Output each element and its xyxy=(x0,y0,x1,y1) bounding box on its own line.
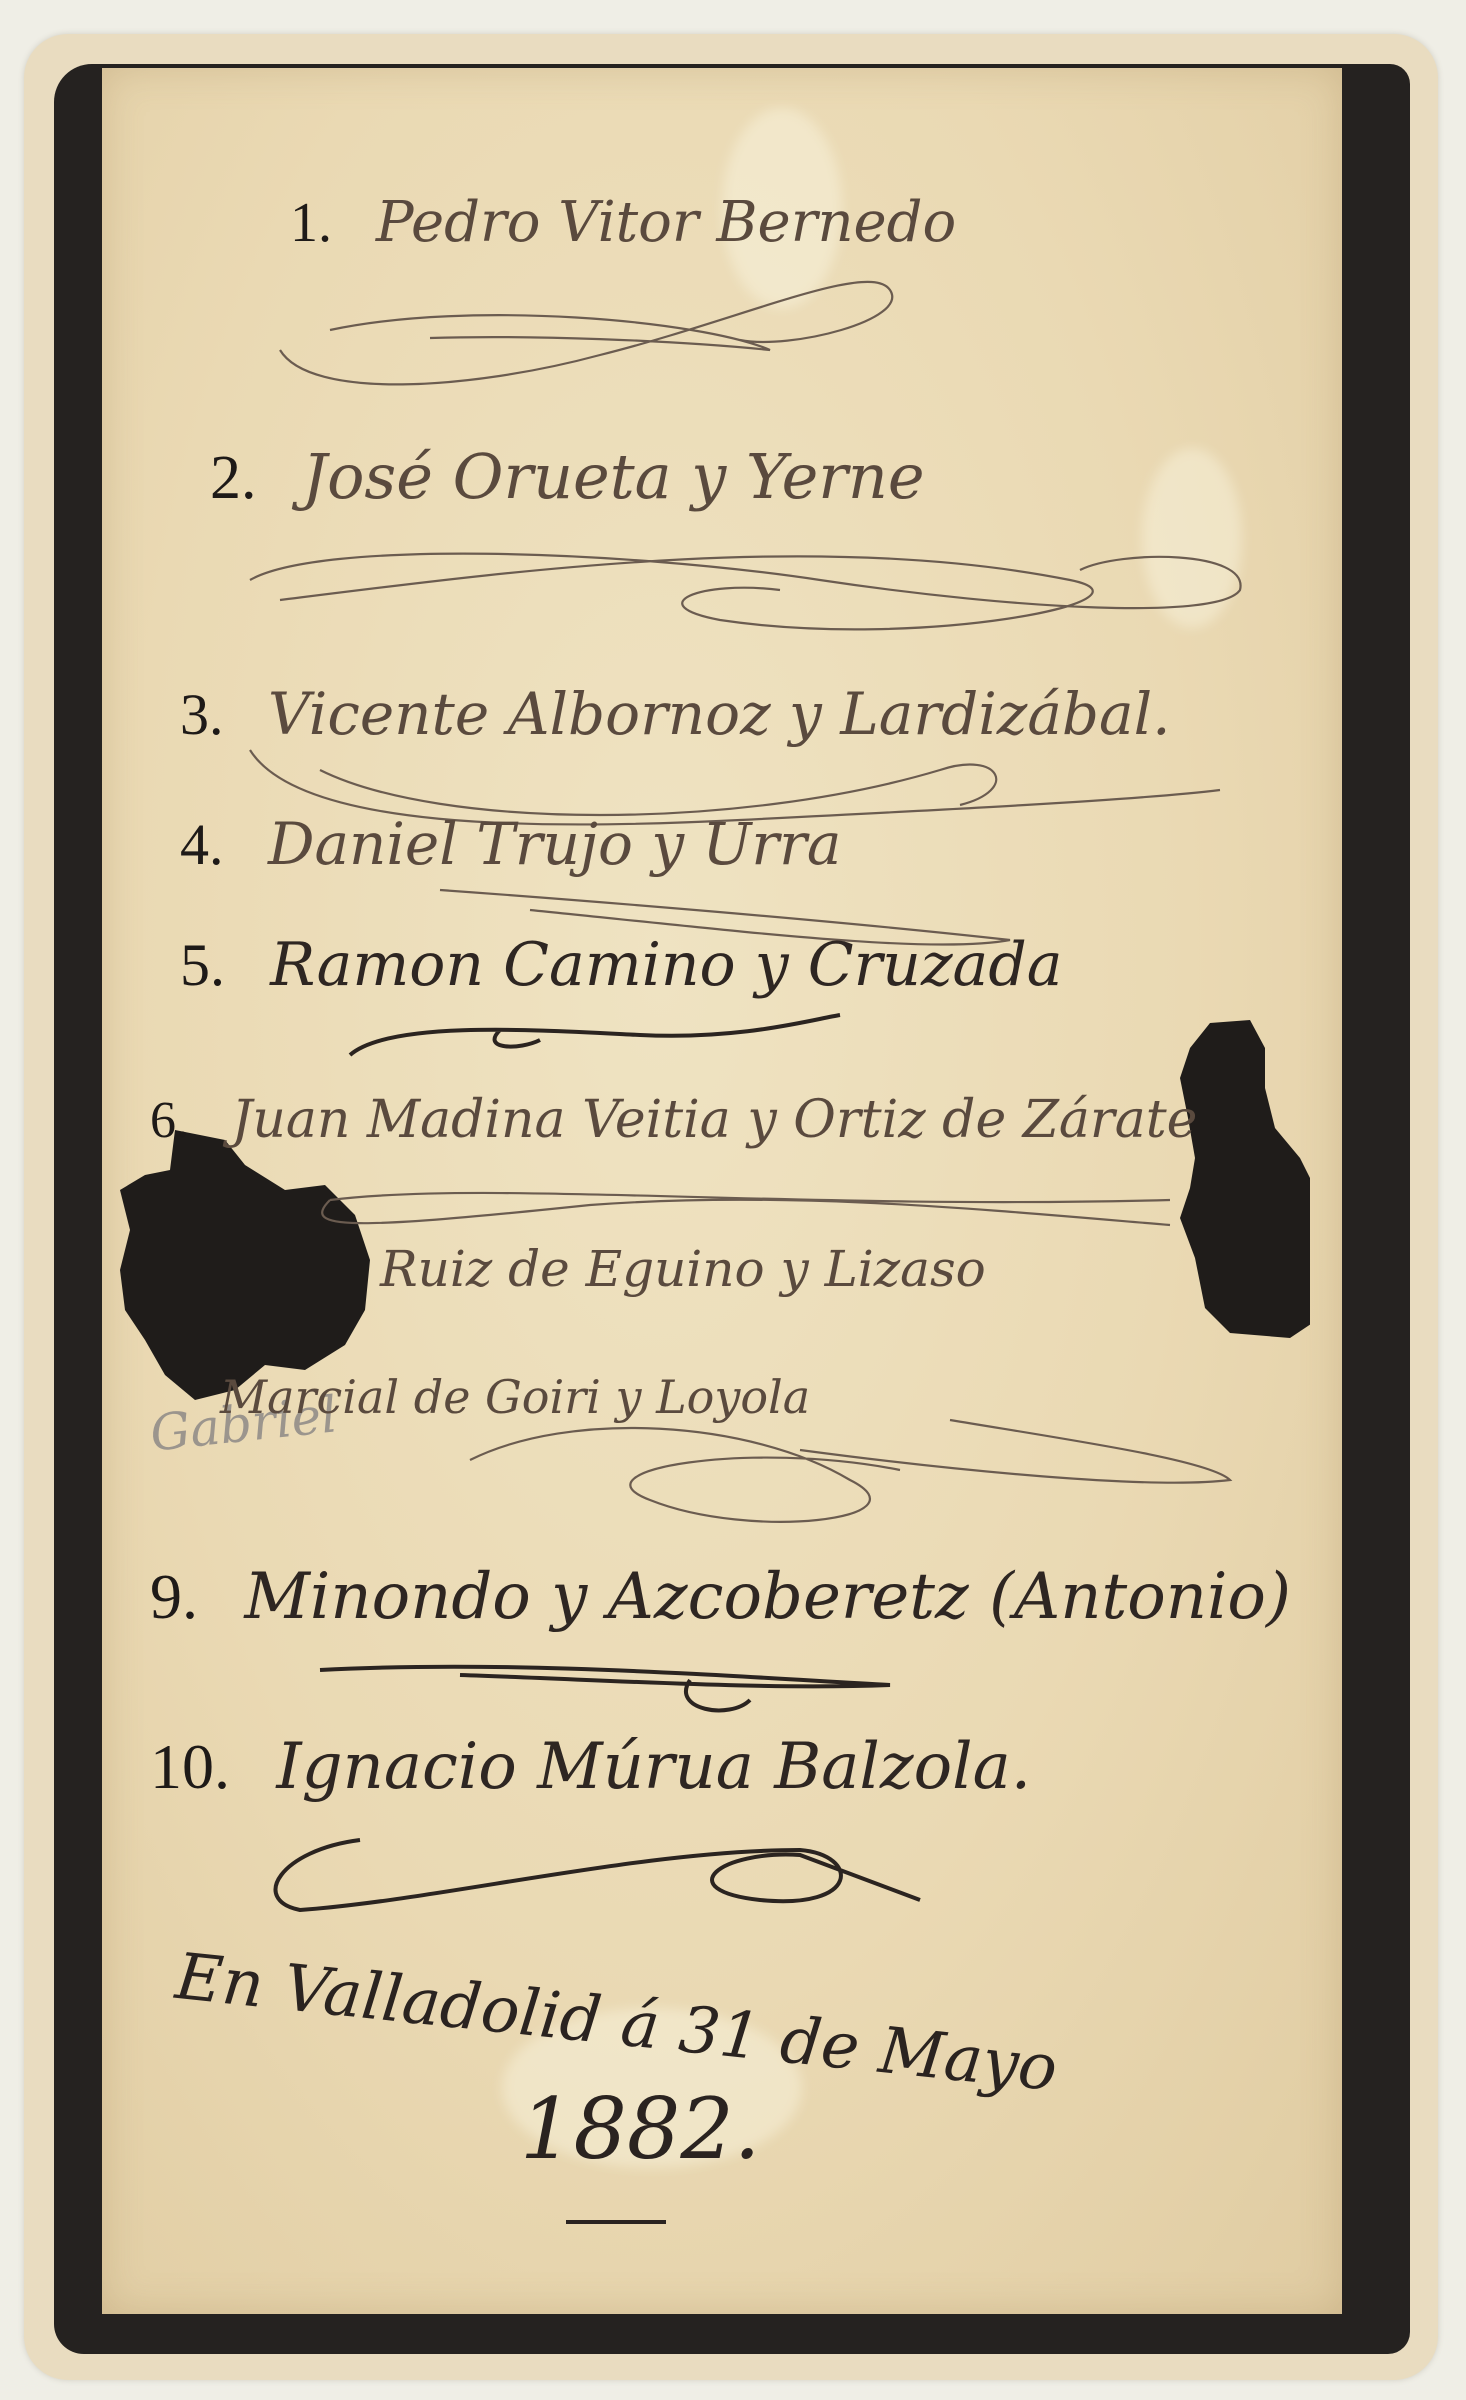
closing-underline xyxy=(566,2220,666,2224)
entry-6: 6. Juan Madina Veitia y Ortiz de Zárate xyxy=(150,1090,1197,1150)
entry-name: Daniel Trujo y Urra xyxy=(268,810,842,878)
entry-name: Minondo y Azcoberetz (Antonio) xyxy=(244,1560,1291,1634)
flourish xyxy=(290,1170,1190,1240)
entry-name: José Orueta y Yerne xyxy=(302,440,924,513)
entry-name: Juan Madina Veitia y Ortiz de Zárate xyxy=(232,1090,1198,1150)
entry-5: 5. Ramon Camino y Cruzada xyxy=(180,930,1063,1000)
entry-7: Ruiz de Eguino y Lizaso xyxy=(380,1240,986,1298)
flourish xyxy=(240,1830,990,1920)
entry-number: 3. xyxy=(180,682,224,747)
entry-10: 10. Ignacio Múrua Balzola. xyxy=(150,1730,1031,1804)
entry-number: 9. xyxy=(150,1561,198,1632)
entry-4: 4. Daniel Trujo y Urra xyxy=(180,810,841,878)
entry-number: 1. xyxy=(290,192,332,254)
entry-name: Pedro Vitor Bernedo xyxy=(376,190,956,255)
flourish xyxy=(310,1650,910,1720)
entry-number: 2. xyxy=(210,444,257,512)
flourish xyxy=(270,260,970,400)
entry-name: Ruiz de Eguino y Lizaso xyxy=(380,1240,986,1298)
entry-number: 4. xyxy=(180,812,224,877)
entry-number: 6. xyxy=(150,1092,189,1149)
flourish xyxy=(340,1010,860,1070)
year: 1882. xyxy=(520,2080,760,2178)
flourish xyxy=(220,510,1280,650)
burn-hole-left xyxy=(115,1120,385,1410)
entry-number: 10. xyxy=(150,1731,230,1802)
entry-number: 5. xyxy=(180,932,225,998)
burn-hole-right xyxy=(1170,1018,1310,1338)
entry-9: 9. Minondo y Azcoberetz (Antonio) xyxy=(150,1560,1291,1634)
flourish xyxy=(450,1400,1250,1540)
entry-name: Ignacio Múrua Balzola. xyxy=(276,1730,1031,1804)
entry-2: 2. José Orueta y Yerne xyxy=(210,440,925,514)
entry-1: 1. Pedro Vitor Bernedo xyxy=(290,190,956,255)
entry-name: Ramon Camino y Cruzada xyxy=(270,930,1062,1000)
